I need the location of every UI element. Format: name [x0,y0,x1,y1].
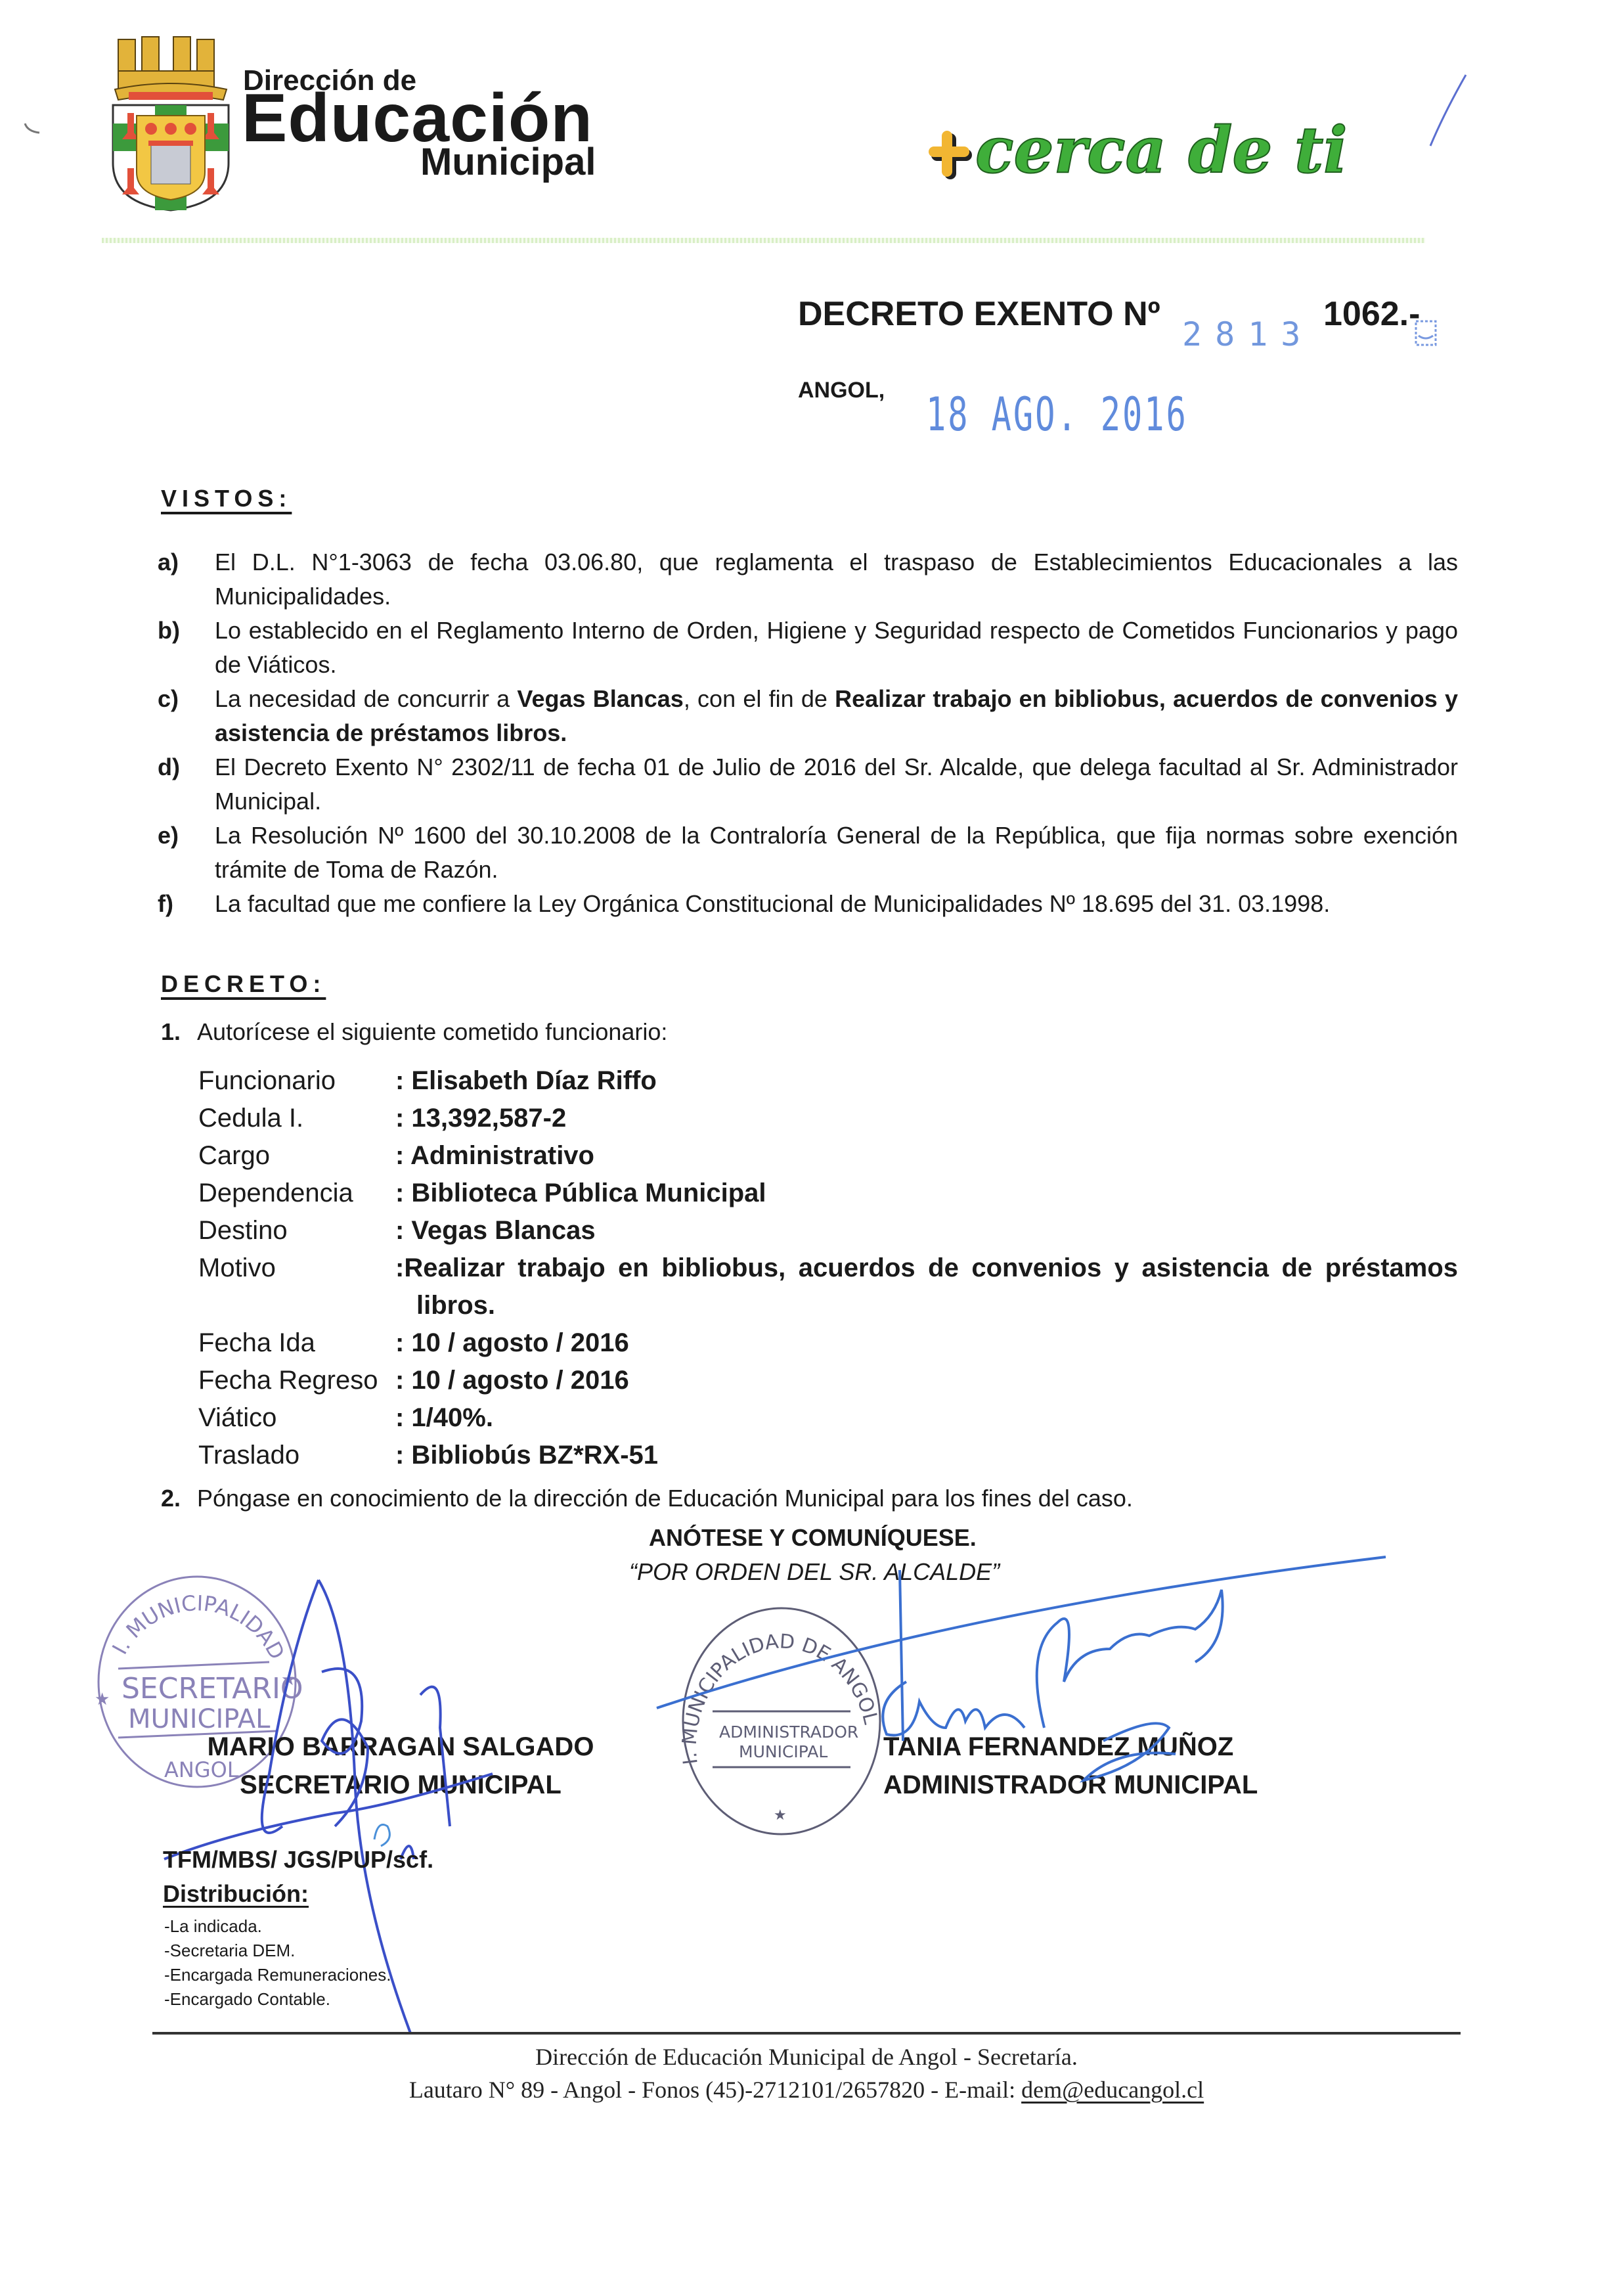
distribution-item: -Secretaria DEM. [164,1939,391,1963]
slogan-logo: cerca de ti [906,99,1274,191]
field-row: Cedula I.: 13,392,587-2 [198,1100,1458,1137]
municipal-crest-logo [105,32,236,212]
vistos-list: a) El D.L. N°1-3063 de fecha 03.06.80, q… [158,545,1458,921]
field-row: Fecha Regreso: 10 / agosto / 2016 [198,1362,1458,1399]
header-divider [102,238,1425,243]
distribution-heading: Distribución: [163,1880,309,1908]
place-label: ANGOL, [798,378,885,403]
field-row: Funcionario: Elisabeth Díaz Riffo [198,1062,1458,1100]
field-row: Viático: 1/40%. [198,1399,1458,1437]
date-stamp: 18 AGO. 2016 [926,388,1188,441]
vistos-item-a: a) El D.L. N°1-3063 de fecha 03.06.80, q… [158,545,1458,614]
distribution-list: -La indicada. -Secretaria DEM. -Encargad… [164,1914,391,2012]
field-row: Motivo:Realizar trabajo en bibliobus, ac… [198,1249,1458,1287]
vistos-heading: VISTOS: [161,485,292,512]
decree-title: DECRETO EXENTO Nº [798,294,1160,334]
decreto-heading: DECRETO: [161,970,326,998]
stamp-number: 2813 [1182,315,1313,353]
stamp-mark-icon [1412,319,1440,349]
email-link[interactable]: dem@educangol.cl [1021,2077,1204,2103]
decree-number: 1062.- [1323,294,1420,334]
signature-right [657,1531,1445,1830]
org-name-line3: Municipal [420,143,596,181]
vistos-item-d: d) El Decreto Exento N° 2302/11 de fecha… [158,750,1458,819]
field-row: Traslado: Bibliobús BZ*RX-51 [198,1437,1458,1474]
decree-point-2: 2.Póngase en conocimiento de la direcció… [161,1481,1133,1516]
field-continuation: libros. [198,1287,1458,1324]
scan-mark [24,122,42,135]
vistos-item-c: c) La necesidad de concurrir a Vegas Bla… [158,682,1458,750]
vistos-item-e: e) La Resolución Nº 1600 del 30.10.2008 … [158,819,1458,887]
footer-contact: Lautaro N° 89 - Angol - Fonos (45)-27121… [152,2076,1461,2104]
footer-org: Dirección de Educación Municipal de Ango… [152,2043,1461,2071]
decree-point-1: 1.Autorícese el siguiente cometido funci… [161,1015,667,1049]
vistos-item-f: f) La facultad que me confiere la Ley Or… [158,887,1458,921]
field-row: Cargo: Administrativo [198,1137,1458,1175]
distribution-item: -Encargada Remuneraciones. [164,1963,391,1987]
field-row: Dependencia: Biblioteca Pública Municipa… [198,1175,1458,1212]
svg-text:★: ★ [95,1689,110,1709]
slogan-text: cerca de ti [975,113,1348,187]
footer-divider [152,2032,1461,2035]
field-row: Fecha Ida: 10 / agosto / 2016 [198,1324,1458,1362]
distribution-item: -La indicada. [164,1914,391,1939]
cometido-fields: Funcionario: Elisabeth Díaz Riffo Cedula… [198,1062,1458,1474]
field-row: Destino: Vegas Blancas [198,1212,1458,1249]
vistos-item-b: b) Lo establecido en el Reglamento Inter… [158,614,1458,682]
pen-mark [1425,72,1471,151]
distribution-item: -Encargado Contable. [164,1987,391,2012]
reference-initials: TFM/MBS/ JGS/PUP/scf. [163,1846,433,1874]
